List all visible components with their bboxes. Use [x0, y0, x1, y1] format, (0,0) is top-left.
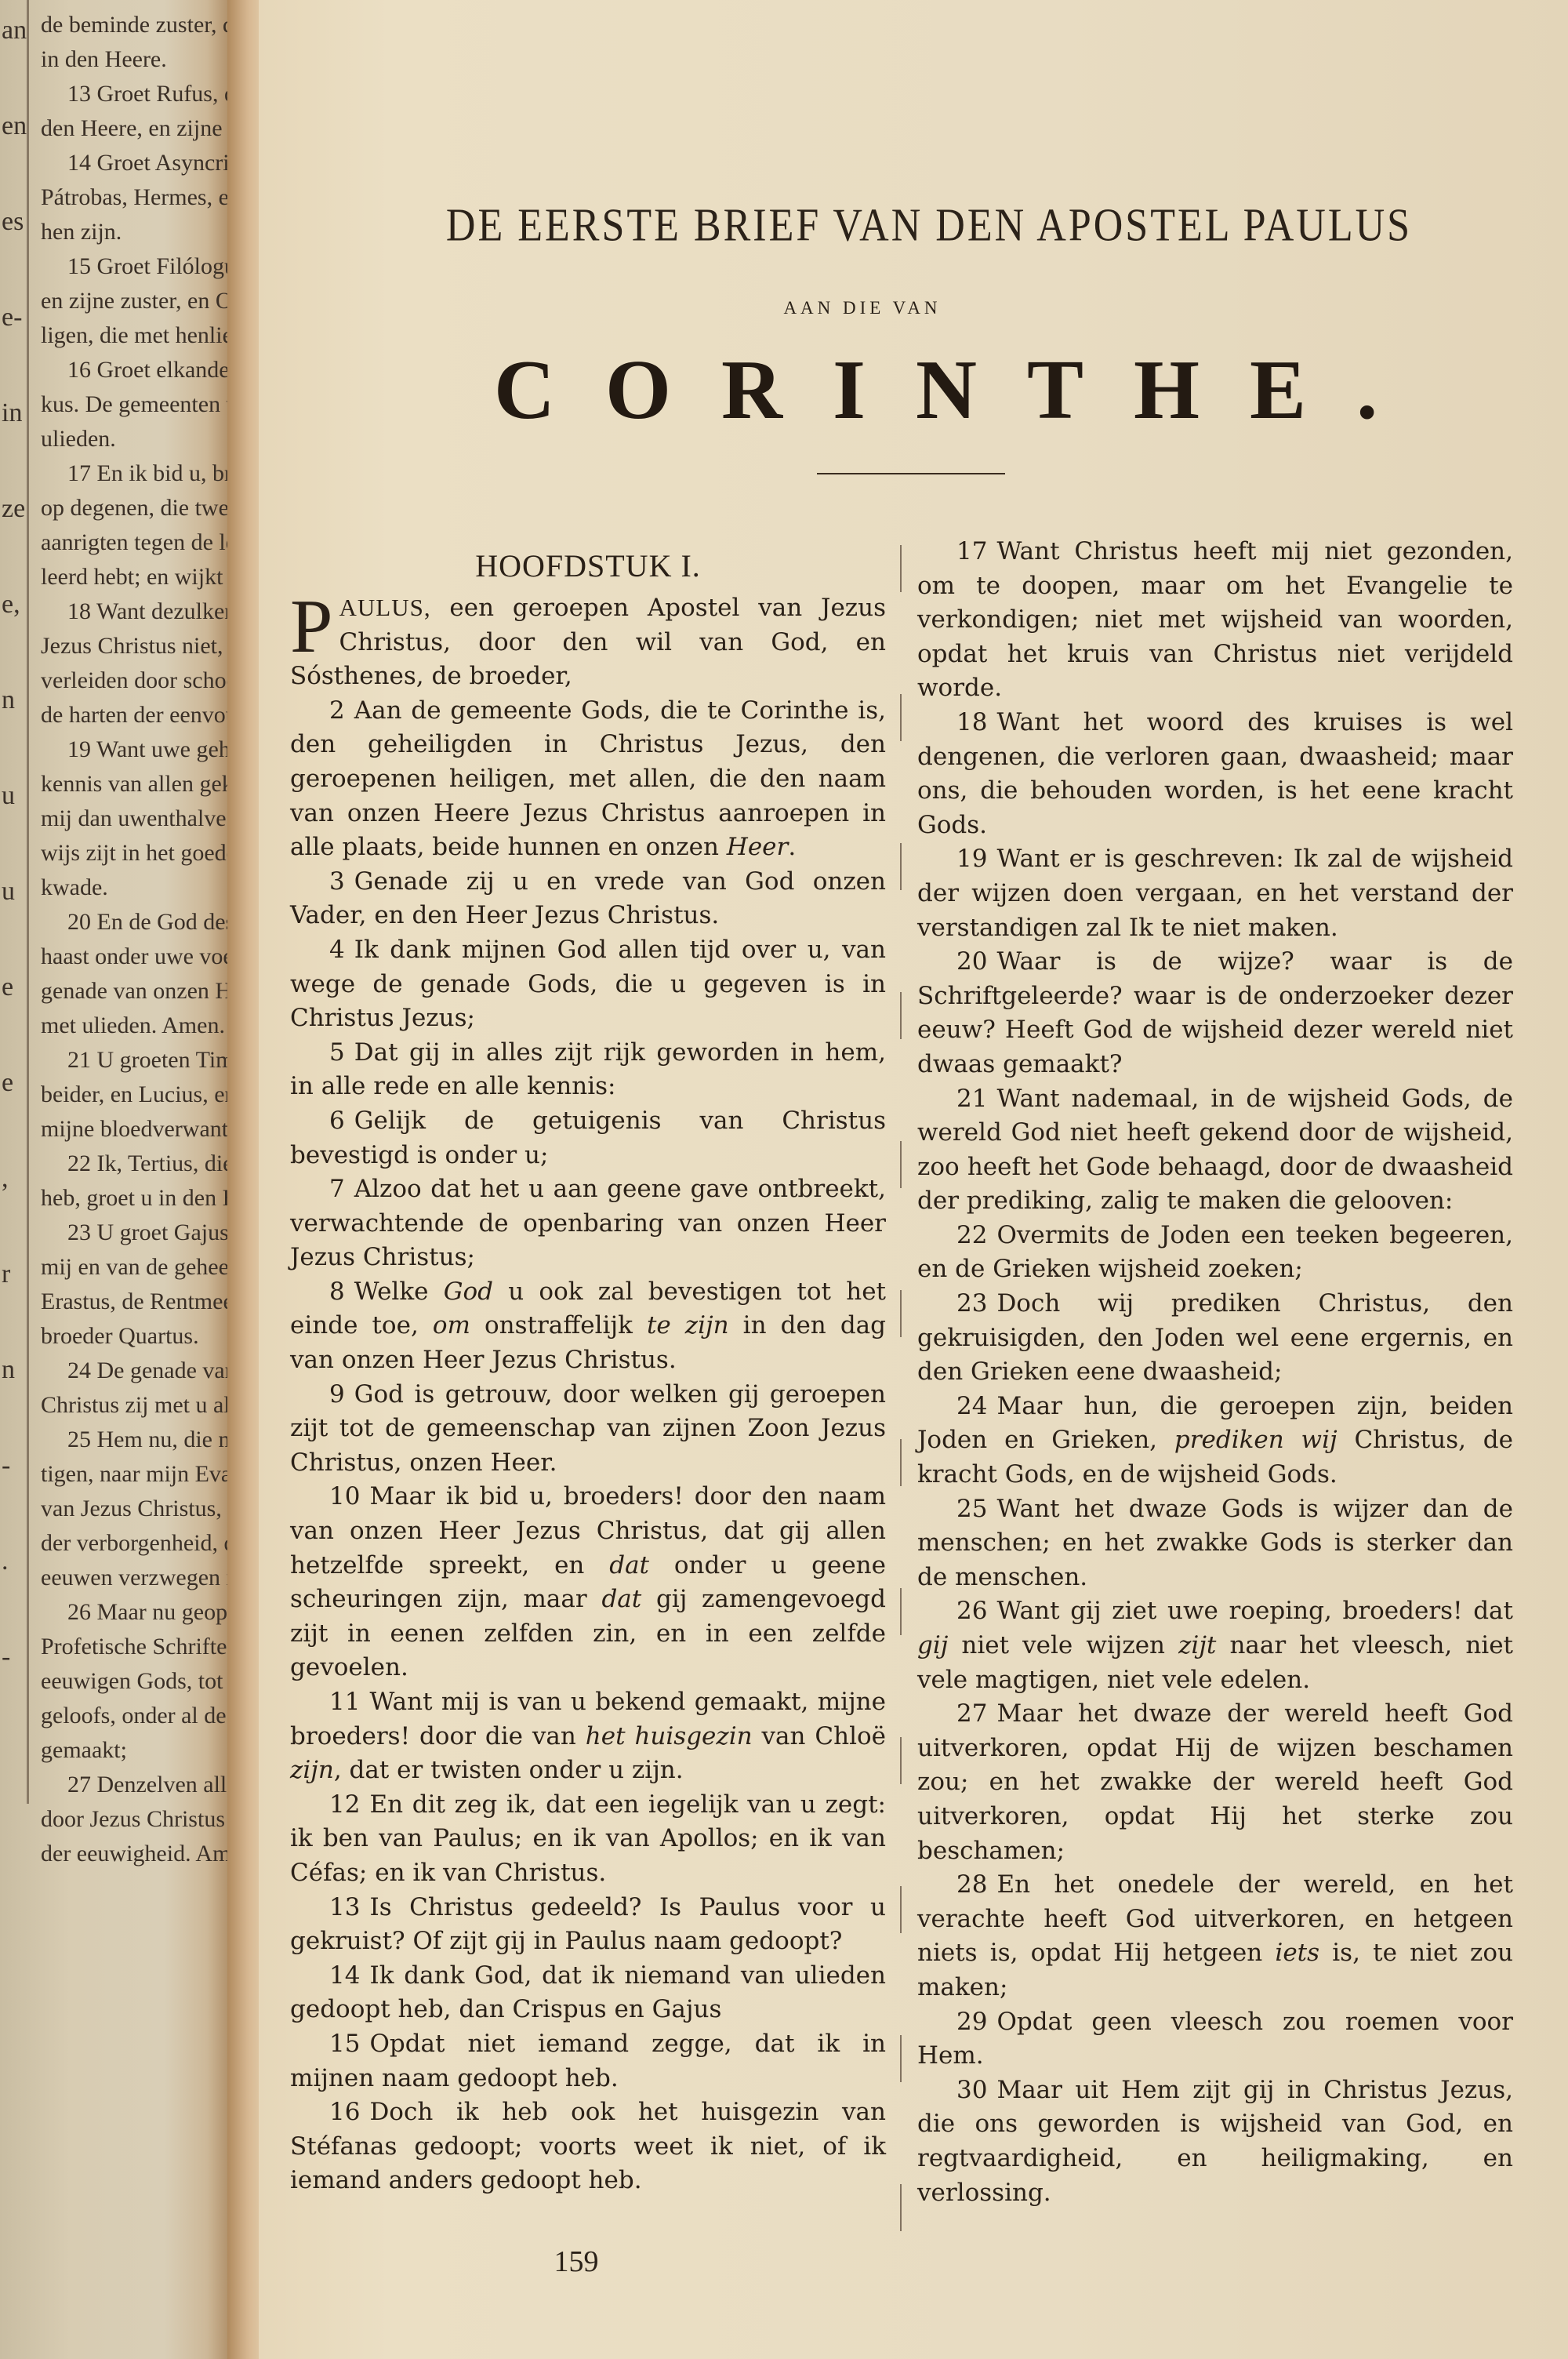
page-number: 159 — [529, 2245, 623, 2279]
previous-page-line: eeuwen verzwegen is geweest, — [41, 1561, 235, 1595]
verse-text: Opdat geen vleesch zou roemen voor Hem. — [917, 2008, 1513, 2070]
verse-number: 25 — [956, 1495, 987, 1523]
verse-text: Want er is geschreven: Ik zal de wijshei… — [917, 845, 1513, 941]
previous-page-line: van Jezus Christus, naar de — [41, 1492, 235, 1526]
verse-number: 30 — [956, 2076, 987, 2104]
book-title: DE EERSTE BRIEF VAN DEN APOSTEL PAULUS — [361, 199, 1497, 253]
verse-text: Want het woord des kruises is wel dengen… — [917, 708, 1513, 839]
verse-6: 6Gelijk de getuigenis van Christus beves… — [290, 1104, 886, 1172]
previous-page-line: op degenen, die tweedragt en — [41, 491, 235, 525]
verse-text: God is getrouw, door welken gij geroepen… — [290, 1380, 886, 1477]
verse-number: 9 — [329, 1380, 345, 1408]
verse-20: 20Waar is de wijze? waar is de Schriftge… — [917, 945, 1513, 1081]
previous-page-line: kwade. — [41, 871, 235, 905]
previous-page-line: eeuwigen Gods, tot gehoorzaamheid — [41, 1664, 235, 1699]
verse-28: 28En het onedele der wereld, en het vera… — [917, 1868, 1513, 2005]
previous-page-line: heb, groet u in den Heere. — [41, 1181, 235, 1216]
verse-number: 19 — [956, 845, 987, 873]
verse-number: 12 — [329, 1790, 360, 1819]
verse-7: 7Alzoo dat het u aan geene gave ontbreek… — [290, 1172, 886, 1275]
previous-page-line: 25 Hem nu, die magtig is — [41, 1423, 235, 1457]
verse-3: 3Genade zij u en vrede van God onzen Vad… — [290, 865, 886, 933]
verse-30: 30Maar uit Hem zijt gij in Christus Jezu… — [917, 2074, 1513, 2210]
verse-12: 12En dit zeg ik, dat een iegelijk van u … — [290, 1788, 886, 1891]
previous-page-line: verleiden door schoonspreken — [41, 663, 235, 698]
verse-14: 14Ik dank God, dat ik niemand van uliede… — [290, 1959, 886, 2027]
previous-page-line: 27 Denzelven alleen wijzen — [41, 1768, 235, 1802]
verse-4: 4Ik dank mijnen God allen tijd over u, v… — [290, 933, 886, 1036]
verse-text: Opdat niet iemand zegge, dat ik in mijne… — [290, 2030, 886, 2092]
previous-page-line: wijs zijt in het goede, doch on — [41, 836, 235, 871]
previous-page-line: kus. De gemeenten van Christus — [41, 387, 235, 422]
verse-17: 17Want Christus heeft mij niet gezonden,… — [917, 535, 1513, 706]
edge-letter: n — [2, 685, 15, 715]
verse-16: 16Doch ik heb ook het huisgezin van Stéf… — [290, 2095, 886, 2198]
previous-page-line: Jezus Christus niet, maar hunnen — [41, 629, 235, 663]
edge-letter: e, — [2, 590, 20, 620]
verse-2: 2Aan de gemeente Gods, die te Corinthe i… — [290, 694, 886, 865]
verse-number: 7 — [329, 1175, 345, 1203]
verse-text: Ik dank mijnen God allen tijd over u, va… — [290, 936, 886, 1032]
verse-text: Doch ik heb ook het huisgezin van Stéfan… — [290, 2098, 886, 2194]
verse-text: Dat gij in alles zijt rijk geworden in h… — [290, 1038, 886, 1101]
verse-text: Aan de gemeente Gods, die te Corinthe is… — [290, 696, 886, 861]
verse-number: 24 — [956, 1392, 987, 1420]
verse-26: 26Want gij ziet uwe roeping, broeders! d… — [917, 1594, 1513, 1697]
verse-text: Welke God u ook zal bevestigen tot het e… — [290, 1278, 886, 1374]
verse-1: PAULUS, een geroepen Apostel van Jezus C… — [290, 591, 886, 694]
verse-15: 15Opdat niet iemand zegge, dat ik in mij… — [290, 2027, 886, 2095]
previous-page-line: der eeuwigheid. Amen — [41, 1837, 235, 1871]
edge-letter: r — [2, 1259, 10, 1289]
verse-11: 11Want mij is van u bekend gemaakt, mijn… — [290, 1685, 886, 1788]
edge-letter: e — [2, 1068, 13, 1098]
verse-number: 23 — [956, 1289, 987, 1318]
verse-text: Waar is de wijze? waar is de Schriftgele… — [917, 947, 1513, 1078]
verse-number: 15 — [329, 2030, 360, 2058]
verse-number: 11 — [329, 1688, 360, 1716]
previous-page-line: 20 En de God des vredes zal — [41, 905, 235, 940]
ornamental-rule — [817, 473, 1005, 474]
previous-page-line: den Heere, en zijne moeder — [41, 111, 235, 146]
verse-19: 19Want er is geschreven: Ik zal de wijsh… — [917, 842, 1513, 945]
verse-22: 22Overmits de Joden een teeken begeeren,… — [917, 1219, 1513, 1287]
verse-number: 13 — [329, 1893, 360, 1921]
verse-21: 21Want nademaal, in de wijsheid Gods, de… — [917, 1082, 1513, 1219]
drop-cap: P — [290, 594, 333, 660]
previous-page-line: 18 Want dezulken dienen — [41, 594, 235, 629]
verse-text: Gelijk de getuigenis van Christus bevest… — [290, 1107, 886, 1169]
verse-text: En dit zeg ik, dat een iegelijk van u ze… — [290, 1790, 886, 1887]
verse-number: 29 — [956, 2008, 987, 2036]
previous-page-line: der verborgenheid, die van de — [41, 1526, 235, 1561]
previous-page-line: 15 Groet Filólogus en — [41, 249, 235, 284]
book-subtitle: AAN DIE VAN — [572, 298, 1152, 318]
verse-18: 18Want het woord des kruises is wel deng… — [917, 706, 1513, 842]
verse-text: Is Christus gedeeld? Is Paulus voor u ge… — [290, 1893, 886, 1956]
verse-text: Want mij is van u bekend gemaakt, mijne … — [290, 1688, 886, 1784]
verse-number: 26 — [956, 1597, 987, 1625]
previous-page-line: 17 En ik bid u, broeders, — [41, 456, 235, 491]
verse-13: 13Is Christus gedeeld? Is Paulus voor u … — [290, 1891, 886, 1959]
previous-page-line: ligen, die met henlieden zijn. — [41, 318, 235, 353]
previous-page-line: 19 Want uwe gehoorzaamheid — [41, 732, 235, 767]
verse-number: 8 — [329, 1278, 345, 1306]
previous-page-line: 24 De genade van onzen — [41, 1354, 235, 1388]
previous-page-line: 13 Groet Rufus, den uit- — [41, 77, 235, 111]
verse-text: Want het dwaze Gods is wijzer dan de men… — [917, 1495, 1513, 1591]
verse-5: 5Dat gij in alles zijt rijk geworden in … — [290, 1036, 886, 1104]
edge-letter: ze — [2, 494, 25, 524]
previous-page-line: haast onder uwe voeten verpletten — [41, 940, 235, 974]
verse-number: 6 — [329, 1107, 345, 1135]
previous-page-line: mij en van de geheele gemeente — [41, 1250, 235, 1285]
verse-text: Ik dank God, dat ik niemand van ulieden … — [290, 1961, 886, 2024]
previous-page-line: 14 Groet Asyncritus, Flegon, — [41, 146, 235, 180]
verse-text: Want gij ziet uwe roeping, broeders! dat… — [917, 1597, 1513, 1693]
previous-page-line: gemaakt; — [41, 1733, 235, 1768]
previous-page-line: de beminde zuster, die veel — [41, 8, 235, 42]
verse-number: 3 — [329, 867, 345, 896]
verse-10: 10Maar ik bid u, broeders! door den naam… — [290, 1480, 886, 1685]
edge-letter: - — [2, 1451, 10, 1481]
verse-text: Want nademaal, in de wijsheid Gods, de w… — [917, 1085, 1513, 1216]
verse-text: Want Christus heeft mij niet gezonden, o… — [917, 537, 1513, 702]
previous-page-line: Christus zij met u allen. Amen. — [41, 1388, 235, 1423]
verse-number: 14 — [329, 1961, 360, 1990]
book-name: CORINTHE. — [494, 342, 1435, 439]
verse-text: Genade zij u en vrede van God onzen Vade… — [290, 867, 886, 930]
edge-letter: n — [2, 1355, 15, 1385]
verse-25: 25Want het dwaze Gods is wijzer dan de m… — [917, 1492, 1513, 1595]
verse-text: Maar ik bid u, broeders! door den naam v… — [290, 1482, 886, 1681]
previous-page-line: 23 U groet Gajus, de huis- — [41, 1216, 235, 1250]
previous-page-line: tigen, naar mijn Evangelie en de — [41, 1457, 235, 1492]
previous-page-line: 16 Groet elkander met een — [41, 353, 235, 387]
edge-letter: in — [2, 398, 22, 428]
previous-page-line: 22 Ik, Tertius, die den brief — [41, 1147, 235, 1181]
previous-page-line: en zijne zuster, en Olympas, — [41, 284, 235, 318]
edge-letter: u — [2, 877, 15, 907]
verse-24: 24Maar hun, die geroepen zijn, beiden Jo… — [917, 1390, 1513, 1492]
verse-number: 5 — [329, 1038, 345, 1067]
first-word: AULUS, — [339, 594, 431, 621]
previous-page-line: leerd hebt; en wijkt af van hen. — [41, 560, 235, 594]
previous-page-line: broeder Quartus. — [41, 1319, 235, 1354]
verse-text: Maar uit Hem zijt gij in Christus Jezus,… — [917, 2076, 1513, 2207]
previous-page-line: mij dan uwenthalve; en ik wil — [41, 801, 235, 836]
verse-number: 16 — [329, 2098, 360, 2126]
previous-page-line: de harten der eenvoudigen. — [41, 698, 235, 732]
verse-27: 27Maar het dwaze der wereld heeft God ui… — [917, 1697, 1513, 1868]
verse-text: Maar het dwaze der wereld heeft God uitv… — [917, 1699, 1513, 1864]
edge-letter: en — [2, 111, 27, 141]
previous-page-line: genade van onzen Heer Jezus — [41, 974, 235, 1009]
right-column: 17Want Christus heeft mij niet gezonden,… — [917, 535, 1513, 2210]
verse-9: 9God is getrouw, door welken gij geroepe… — [290, 1378, 886, 1481]
edge-letter: . — [2, 1547, 9, 1576]
edge-letter: e- — [2, 303, 22, 333]
previous-page-line: kennis van allen gekomen. — [41, 767, 235, 801]
chapter-heading: HOOFDSTUK I. — [290, 545, 886, 587]
left-column: HOOFDSTUK I. PAULUS, een geroepen Aposte… — [290, 545, 886, 2198]
edge-letter: - — [2, 1642, 10, 1672]
verse-text: En het onedele der wereld, en het verach… — [917, 1870, 1513, 2001]
previous-page-line: in den Heere. — [41, 42, 235, 77]
column-divider — [900, 545, 902, 2270]
previous-page-line: beider, en Lucius, en Jason, en — [41, 1078, 235, 1112]
verse-8: 8Welke God u ook zal bevestigen tot het … — [290, 1275, 886, 1378]
previous-page-line: 21 U groeten Timótheüs, mijn — [41, 1043, 235, 1078]
edge-letter: an — [2, 16, 27, 45]
previous-page-curl: anenese-inzee,nuuee,rn-.- de beminde zus… — [0, 0, 235, 2359]
previous-page-line: Profetische Schriften, naar het — [41, 1630, 235, 1664]
verse-number: 22 — [956, 1221, 987, 1249]
previous-page-line: Erastus, de Rentmeester der — [41, 1285, 235, 1319]
verse-23: 23Doch wij prediken Christus, den gekrui… — [917, 1287, 1513, 1390]
verse-number: 20 — [956, 947, 987, 976]
verse-number: 27 — [956, 1699, 987, 1728]
page-159: DE EERSTE BRIEF VAN DEN APOSTEL PAULUS A… — [259, 0, 1568, 2359]
previous-page-text: de beminde zuster, die veelin den Heere.… — [41, 8, 235, 1871]
verse-number: 2 — [329, 696, 345, 725]
verse-29: 29Opdat geen vleesch zou roemen voor Hem… — [917, 2005, 1513, 2074]
verse-text: Overmits de Joden een teeken begeeren, e… — [917, 1221, 1513, 1284]
verse-number: 18 — [956, 708, 987, 736]
verse-number: 28 — [956, 1870, 987, 1899]
previous-page-line: door Jezus Christus de heerlijkheid — [41, 1802, 235, 1837]
previous-page-line: mijne bloedverwanten. — [41, 1112, 235, 1147]
verse-text: Alzoo dat het u aan geene gave ontbreekt… — [290, 1175, 886, 1271]
edge-letter: e — [2, 972, 13, 1002]
previous-page-line: hen zijn. — [41, 215, 235, 249]
edge-letter: u — [2, 781, 15, 811]
previous-page-line: Pátrobas, Hermes, en de broeders — [41, 180, 235, 215]
verse-number: 17 — [956, 537, 987, 565]
verse-number: 21 — [956, 1085, 987, 1113]
verse-text: Doch wij prediken Christus, den gekruisi… — [917, 1289, 1513, 1386]
edge-letter: es — [2, 207, 24, 237]
previous-page-line: ulieden. — [41, 422, 235, 456]
previous-page-line: 26 Maar nu geopenbaard is, — [41, 1595, 235, 1630]
verse-number: 4 — [329, 936, 345, 964]
previous-page-line: met ulieden. Amen. — [41, 1009, 235, 1043]
previous-page-line: aanrigten tegen de leer, die gij — [41, 525, 235, 560]
edge-letter: , — [2, 1164, 9, 1194]
verse-text: Maar hun, die geroepen zijn, beiden Jode… — [917, 1392, 1513, 1488]
verse-number: 10 — [329, 1482, 360, 1510]
previous-page-column-rule — [27, 0, 29, 1804]
previous-page-line: geloofs, onder al de Heidenen — [41, 1699, 235, 1733]
